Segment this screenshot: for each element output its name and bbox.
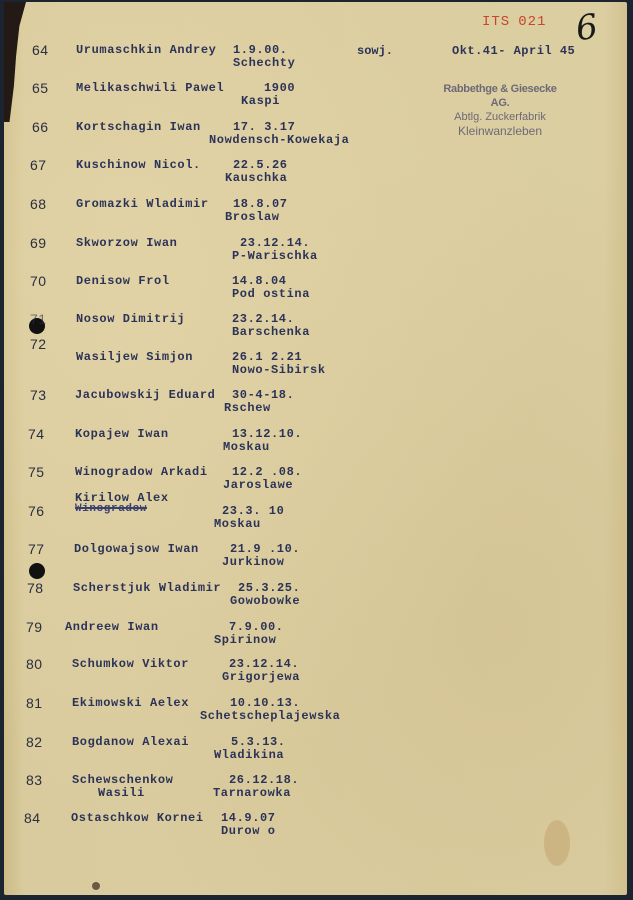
entry-birthdate: 12.2 .08. — [232, 465, 302, 479]
entry-name: Kuschinow Nicol. — [76, 158, 201, 172]
entry-birthplace: Nowdensch-Kowekaja — [209, 133, 349, 147]
entry-birthdate: 22.5.26 — [233, 158, 288, 172]
entry-row: 81 Ekimowski Aelex 10.10.13. Schetschepl… — [0, 695, 633, 731]
entry-number: 64 — [32, 42, 49, 58]
entry-name: Gromazki Wladimir — [76, 197, 209, 211]
entry-number: 78 — [27, 580, 44, 596]
entry-name: Nosow Dimitrij — [76, 312, 185, 326]
entry-birthplace: Durow o — [221, 824, 276, 838]
entry-birthdate: 23.12.14. — [240, 236, 310, 250]
entry-number: 73 — [30, 387, 47, 403]
entry-name: Ostaschkow Kornei — [71, 811, 204, 825]
entry-birthplace: Pod ostina — [232, 287, 310, 301]
entry-birthplace: Spirinow — [214, 633, 276, 647]
entry-birthdate: 25.3.25. — [238, 581, 300, 595]
entry-birthdate: 17. 3.17 — [233, 120, 295, 134]
entry-birthplace: Broslaw — [225, 210, 280, 224]
entry-birthplace: Kauschka — [225, 171, 287, 185]
entry-birthdate: 30-4-18. — [232, 388, 294, 402]
entry-name: Urumaschkin Andrey — [76, 43, 216, 57]
archive-stamp-label: ITS — [482, 14, 510, 30]
entry-number: 66 — [32, 119, 49, 135]
entry-birthplace: Schetscheplajewska — [200, 709, 340, 723]
entry-birthdate: 23.2.14. — [232, 312, 294, 326]
entry-name: Melikaschwili Pawel — [76, 81, 224, 95]
entry-number: 68 — [30, 196, 47, 212]
entry-number: 81 — [26, 695, 43, 711]
entry-row: 79 Andreew Iwan 7.9.00. Spirinow — [0, 619, 633, 655]
entry-name: Schumkow Viktor — [72, 657, 189, 671]
entry-name: Wasiljew Simjon — [76, 350, 193, 364]
entry-name: Denisow Frol — [76, 274, 170, 288]
entry-number: 80 — [26, 656, 43, 672]
entry-name: Schewschenkow — [72, 773, 173, 787]
entry-row: 78 Scherstjuk Wladimir 25.3.25. Gowobowk… — [0, 580, 633, 616]
entry-name: Ekimowski Aelex — [72, 696, 189, 710]
entry-name: Kopajew Iwan — [75, 427, 169, 441]
entry-row: 83 Schewschenkow Wasili 26.12.18. Tarnar… — [0, 772, 633, 808]
entry-birthplace: Nowo-Sibirsk — [232, 363, 326, 377]
entry-name: Bogdanow Alexai — [72, 735, 189, 749]
entry-row: 68 Gromazki Wladimir 18.8.07 Broslaw — [0, 196, 633, 232]
entry-row: 84 Ostaschkow Kornei 14.9.07 Durow o — [0, 810, 633, 846]
entry-name: Scherstjuk Wladimir — [73, 581, 221, 595]
entry-row: 73 Jacubowskij Eduard 30-4-18. Rschew — [0, 387, 633, 423]
entry-birthplace: Tarnarowka — [213, 786, 291, 800]
entry-birthdate: 18.8.07 — [233, 197, 288, 211]
entry-name: Winogradow Arkadi — [75, 465, 208, 479]
entry-row: 72 Wasiljew Simjon 26.1 2.21 Nowo-Sibirs… — [0, 336, 633, 372]
entry-number: 75 — [28, 464, 45, 480]
entry-row: 65 Melikaschwili Pawel 1900 Kaspi — [0, 80, 633, 116]
entry-number: 70 — [30, 273, 47, 289]
entry-row: 76 Kirilow Alex Winogradow 23.3. 10 Mosk… — [0, 491, 633, 535]
entry-row: 69 Skworzow Iwan 23.12.14. P-Warischka — [0, 235, 633, 271]
entry-birthdate: 14.8.04 — [232, 274, 287, 288]
entry-number: 71 — [30, 311, 47, 327]
ink-spot — [92, 882, 100, 890]
entry-birthplace: Moskau — [223, 440, 270, 454]
archive-stamp: ITS021 — [482, 14, 546, 30]
entry-number: 77 — [28, 541, 45, 557]
entry-row: 70 Denisow Frol 14.8.04 Pod ostina — [0, 273, 633, 309]
entry-birthdate: 21.9 .10. — [230, 542, 300, 556]
entry-birthdate: 26.1 2.21 — [232, 350, 302, 364]
entry-birthdate: 7.9.00. — [229, 620, 284, 634]
entry-number: 83 — [26, 772, 43, 788]
entry-row: 67 Kuschinow Nicol. 22.5.26 Kauschka — [0, 157, 633, 193]
entry-number: 82 — [26, 734, 43, 750]
entry-number: 65 — [32, 80, 49, 96]
entry-row: 66 Kortschagin Iwan 17. 3.17 Nowdensch-K… — [0, 119, 633, 155]
entry-birthplace: Kaspi — [241, 94, 280, 108]
entry-birthdate: 26.12.18. — [229, 773, 299, 787]
entry-birthdate: 5.3.13. — [231, 735, 286, 749]
entry-birthplace: Schechty — [233, 56, 295, 70]
entry-row: 77 Dolgowajsow Iwan 21.9 .10. Jurkinow — [0, 541, 633, 577]
entry-birthplace: P-Warischka — [232, 249, 318, 263]
entry-row: 74 Kopajew Iwan 13.12.10. Moskau — [0, 426, 633, 462]
entry-number: 84 — [24, 810, 41, 826]
entry-birthdate: 23.12.14. — [229, 657, 299, 671]
entry-name-struck: Winogradow — [75, 503, 147, 515]
entry-name: Kortschagin Iwan — [76, 120, 201, 134]
entry-birthplace: Grigorjewa — [222, 670, 300, 684]
entry-row: 80 Schumkow Viktor 23.12.14. Grigorjewa — [0, 656, 633, 692]
entry-birthplace: Gowobowke — [230, 594, 300, 608]
entry-birthplace: Wladikina — [214, 748, 284, 762]
entry-name: Jacubowskij Eduard — [75, 388, 215, 402]
entry-number: 67 — [30, 157, 47, 173]
entry-number: 72 — [30, 336, 47, 352]
entry-name-line2: Wasili — [98, 786, 145, 800]
entry-number: 69 — [30, 235, 47, 251]
entry-name: Dolgowajsow Iwan — [74, 542, 199, 556]
entry-birthplace: Rschew — [224, 401, 271, 415]
entry-birthplace: Jaroslawe — [223, 478, 293, 492]
entry-number: 79 — [26, 619, 43, 635]
entry-number: 76 — [28, 503, 45, 519]
entry-row: 82 Bogdanow Alexai 5.3.13. Wladikina — [0, 734, 633, 770]
entry-name: Andreew Iwan — [65, 620, 159, 634]
entry-birthdate: 1900 — [264, 81, 295, 95]
entry-row: 64 Urumaschkin Andrey 1.9.00. Schechty — [0, 42, 633, 78]
entry-name: Skworzow Iwan — [76, 236, 177, 250]
entry-birthdate: 10.10.13. — [230, 696, 300, 710]
entry-birthplace: Moskau — [214, 517, 261, 531]
archive-code: 021 — [518, 14, 546, 30]
entry-birthplace: Jurkinow — [222, 555, 284, 569]
entry-birthdate: 23.3. 10 — [222, 504, 284, 518]
entry-birthdate: 13.12.10. — [232, 427, 302, 441]
entry-birthdate: 1.9.00. — [233, 43, 288, 57]
entry-number: 74 — [28, 426, 45, 442]
entry-birthdate: 14.9.07 — [221, 811, 276, 825]
